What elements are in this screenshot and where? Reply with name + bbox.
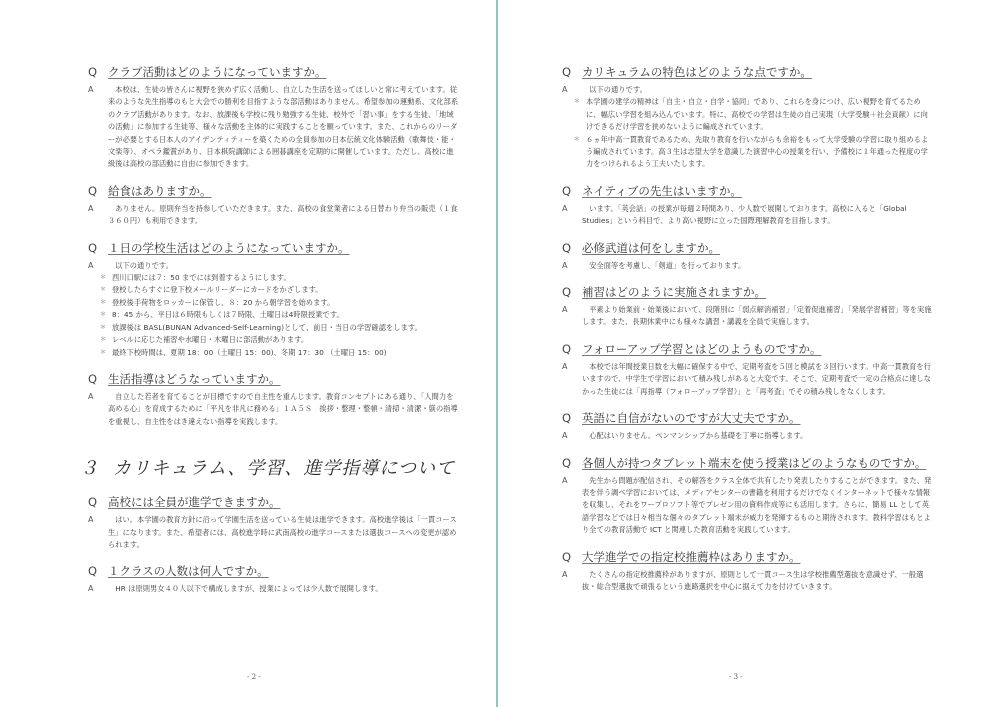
q-mark: Q (88, 241, 108, 255)
question-text: 高校には全員が進学できますか。 (108, 494, 281, 510)
q-mark: Q (88, 65, 108, 79)
list-item: 放課後は BASL(BUNAN Advanced-Self-Learning)と… (100, 322, 460, 334)
answer: A HR は原則男女４０人以下で構成しますが、授業によっては少人数で展開します。 (88, 583, 460, 595)
question-text: 大学進学での指定校推薦枠はありますか。 (582, 549, 801, 565)
list-item: レベルに応じた補習や水曜日・木曜日に部活動があります。 (100, 334, 460, 346)
document-spread: Q クラブ活動はどのようになっていますか。 A 本校は、生徒の皆さんに視野を狭め… (0, 0, 1000, 707)
qa-student-guidance: Q 生活指導はどうなっていますか。 A 自立した若者を育てることが目標ですので自… (88, 371, 460, 428)
answer-text: 心配はいりません。ペンマンシップから基礎を丁寧に指導します。 (582, 430, 934, 442)
answer: A ありません。原則弁当を持参していただきます。また、高校の食堂業者による日替わ… (88, 203, 460, 228)
list-item: ６ヵ年中高一貫教育であるため、先取り教育を行いながらも余裕をもって大学受験の学習… (574, 134, 934, 171)
page-number: - 2 - (247, 673, 261, 681)
list-item: 登校したらすぐに登下校メールリーダーにカードをかざします。 (100, 284, 460, 296)
qa-english-confidence: Q 英語に自信がないのですが大丈夫ですか。 A 心配はいりません。ペンマンシップ… (562, 410, 934, 442)
question: Q ネイティブの先生はいますか。 (562, 183, 934, 199)
answer: A 自立した若者を育てることが目標ですので自主性を重んじます。教育コンセプトにあ… (88, 391, 460, 428)
answer: A 本校では年間授業日数を大幅に確保する中で、定期考査を５回と模試を３回行います… (562, 361, 934, 398)
qa-native-teachers: Q ネイティブの先生はいますか。 A います。「英会話」の授業が毎週２時間あり、… (562, 183, 934, 228)
schedule-list: 西川口駅には７：50 までには到着するようにします。 登校したらすぐに登下校メー… (108, 272, 460, 359)
question: Q １クラスの人数は何人ですか。 (88, 563, 460, 579)
question: Q 大学進学での指定校推薦枠はありますか。 (562, 549, 934, 565)
q-mark: Q (88, 564, 108, 578)
q-mark: Q (562, 241, 582, 255)
answer-intro: 以下の通りです。 (582, 84, 934, 96)
answer: A います。「英会話」の授業が毎週２時間あり、少人数で展開しております。高校に入… (562, 203, 934, 228)
qa-follow-up-learning: Q フォローアップ学習とはどのようものですか。 A 本校では年間授業日数を大幅に… (562, 341, 934, 398)
q-mark: Q (562, 184, 582, 198)
right-page-content: Q カリキュラムの特色はどのような点ですか。 A 以下の通りです。 本学園の建学… (562, 64, 934, 605)
qa-curriculum-features: Q カリキュラムの特色はどのような点ですか。 A 以下の通りです。 本学園の建学… (562, 64, 934, 171)
question-text: 英語に自信がないのですが大丈夫ですか。 (582, 410, 801, 426)
question-text: 生活指導はどうなっていますか。 (108, 371, 281, 387)
a-mark: A (562, 475, 582, 537)
a-mark: A (88, 203, 108, 228)
list-item: 西川口駅には７：50 までには到着するようにします。 (100, 272, 460, 284)
qa-martial-arts: Q 必修武道は何をしますか。 A 安全面等を考慮し、「剣道」を行っております。 (562, 240, 934, 272)
q-mark: Q (562, 456, 582, 470)
q-mark: Q (88, 372, 108, 386)
answer: A 以下の通りです。 本学園の建学の精神は「自主・自立・自学・協同」であり、これ… (562, 84, 934, 171)
question-text: 給食はありますか。 (108, 183, 212, 199)
answer: A 安全面等を考慮し、「剣道」を行っております。 (562, 260, 934, 272)
question-text: カリキュラムの特色はどのような点ですか。 (582, 64, 812, 80)
page-number: - 3 - (729, 673, 743, 681)
answer: A たくさんの指定校推薦枠がありますが、原則として一貫コース生は学校推薦型選抜を… (562, 569, 934, 594)
q-mark: Q (88, 495, 108, 509)
question-text: ネイティブの先生はいますか。 (582, 183, 742, 199)
q-mark: Q (562, 411, 582, 425)
a-mark: A (88, 583, 108, 595)
answer-text: たくさんの指定校推薦枠がありますが、原則として一貫コース生は学校推薦型選抜を意識… (582, 569, 934, 594)
answer: A 心配はいりません。ペンマンシップから基礎を丁寧に指導します。 (562, 430, 934, 442)
list-item: 本学園の建学の精神は「自主・自立・自学・協同」であり、これらを身につけ、広い視野… (574, 96, 934, 133)
question: Q カリキュラムの特色はどのような点ですか。 (562, 64, 934, 80)
answer-text: 先生から問題が配信され、その解答をクラス全体で共有したり発表したりすることができ… (582, 475, 934, 537)
q-mark: Q (562, 65, 582, 79)
left-page-content: Q クラブ活動はどのようになっていますか。 A 本校は、生徒の皆さんに視野を狭め… (88, 64, 460, 608)
qa-supplementary-lessons: Q 補習はどのように実施されますか。 A 平素より始業前・始業後において、段階別… (562, 284, 934, 329)
a-mark: A (88, 84, 108, 171)
q-mark: Q (88, 184, 108, 198)
answer-text: 本校は、生徒の皆さんに視野を狭めず広く活動し、自立した生活を送ってほしいと常に考… (108, 84, 460, 171)
question: Q 各個人が持つタブレット端末を使う授業はどのようなものですか。 (562, 455, 934, 471)
a-mark: A (88, 391, 108, 428)
qa-school-lunch: Q 給食はありますか。 A ありません。原則弁当を持参していただきます。また、高… (88, 183, 460, 228)
q-mark: Q (562, 550, 582, 564)
question: Q 給食はありますか。 (88, 183, 460, 199)
answer-text: ありません。原則弁当を持参していただきます。また、高校の食堂業者による日替わり弁… (108, 203, 460, 228)
answer: A 先生から問題が配信され、その解答をクラス全体で共有したり発表したりすることが… (562, 475, 934, 537)
qa-class-size: Q １クラスの人数は何人ですか。 A HR は原則男女４０人以下で構成しますが、… (88, 563, 460, 595)
answer: A 以下の通りです。 西川口駅には７：50 までには到着するようにします。 登校… (88, 260, 460, 359)
curriculum-list: 本学園の建学の精神は「自主・自立・自学・協同」であり、これらを身につけ、広い視野… (582, 96, 934, 170)
section-title-text: カリキュラム、学習、進学指導について (113, 458, 455, 479)
q-mark: Q (562, 342, 582, 356)
answer-text: 本校では年間授業日数を大幅に確保する中で、定期考査を５回と模試を３回行います。中… (582, 361, 934, 398)
answer-intro: 以下の通りです。 (108, 260, 460, 272)
qa-tablet-lessons: Q 各個人が持つタブレット端末を使う授業はどのようなものですか。 A 先生から問… (562, 455, 934, 537)
page-3: Q カリキュラムの特色はどのような点ですか。 A 以下の通りです。 本学園の建学… (498, 0, 1000, 707)
question: Q 高校には全員が進学できますか。 (88, 494, 460, 510)
question-text: １クラスの人数は何人ですか。 (108, 563, 269, 579)
question: Q フォローアップ学習とはどのようものですか。 (562, 341, 934, 357)
qa-university-recommendation: Q 大学進学での指定校推薦枠はありますか。 A たくさんの指定校推薦枠があります… (562, 549, 934, 594)
question: Q １日の学校生活はどのようになっていますか。 (88, 240, 460, 256)
a-mark: A (562, 361, 582, 398)
page-2: Q クラブ活動はどのようになっていますか。 A 本校は、生徒の皆さんに視野を狭め… (0, 0, 496, 707)
answer-text: はい。本学園の教育方針に沿って学園生活を送っている生徒は進学できます。高校進学後… (108, 514, 460, 551)
qa-club-activities: Q クラブ活動はどのようになっていますか。 A 本校は、生徒の皆さんに視野を狭め… (88, 64, 460, 171)
question-text: 補習はどのように実施されますか。 (582, 284, 766, 300)
question-text: 各個人が持つタブレット端末を使う授業はどのようなものですか。 (582, 455, 926, 471)
answer: A 本校は、生徒の皆さんに視野を狭めず広く活動し、自立した生活を送ってほしいと常… (88, 84, 460, 171)
question: Q 補習はどのように実施されますか。 (562, 284, 934, 300)
a-mark: A (562, 569, 582, 594)
answer-text: 自立した若者を育てることが目標ですので自主性を重んじます。教育コンセプトにある通… (108, 391, 460, 428)
answer: A はい。本学園の教育方針に沿って学園生活を送っている生徒は進学できます。高校進… (88, 514, 460, 551)
answer-text: HR は原則男女４０人以下で構成しますが、授業によっては少人数で展開します。 (108, 583, 460, 595)
section-heading: ３カリキュラム、学習、進学指導について (80, 454, 460, 480)
question-text: １日の学校生活はどのようになっていますか。 (108, 240, 350, 256)
section-number: ３ (80, 458, 99, 479)
a-mark: A (562, 260, 582, 272)
a-mark: A (562, 304, 582, 329)
question: Q 英語に自信がないのですが大丈夫ですか。 (562, 410, 934, 426)
question-text: クラブ活動はどのようになっていますか。 (108, 64, 327, 80)
question-text: フォローアップ学習とはどのようものですか。 (582, 341, 822, 357)
qa-daily-schedule: Q １日の学校生活はどのようになっていますか。 A 以下の通りです。 西川口駅に… (88, 240, 460, 359)
question: Q クラブ活動はどのようになっていますか。 (88, 64, 460, 80)
answer-text: います。「英会話」の授業が毎週２時間あり、少人数で展開しております。高校に入ると… (582, 203, 934, 228)
question-text: 必修武道は何をしますか。 (582, 240, 720, 256)
q-mark: Q (562, 285, 582, 299)
qa-high-school-advancement: Q 高校には全員が進学できますか。 A はい。本学園の教育方針に沿って学園生活を… (88, 494, 460, 551)
list-item: 8：45 から、平日は６時限もしくは７時限、土曜日は4時限授業です。 (100, 309, 460, 321)
list-item: 登校後手荷物をロッカーに保管し、８：20 から朝学習を始めます。 (100, 297, 460, 309)
question: Q 必修武道は何をしますか。 (562, 240, 934, 256)
answer: A 平素より始業前・始業後において、段階別に「弱点解消補習」「定着促進補習」「発… (562, 304, 934, 329)
a-mark: A (562, 430, 582, 442)
answer-text: 安全面等を考慮し、「剣道」を行っております。 (582, 260, 934, 272)
answer-text: 平素より始業前・始業後において、段階別に「弱点解消補習」「定着促進補習」「発展学… (582, 304, 934, 329)
a-mark: A (562, 203, 582, 228)
question: Q 生活指導はどうなっていますか。 (88, 371, 460, 387)
a-mark: A (88, 514, 108, 551)
list-item: 最終下校時間は、夏期 18：00（土曜日 15：00)、冬期 17：30 （土曜… (100, 347, 460, 359)
